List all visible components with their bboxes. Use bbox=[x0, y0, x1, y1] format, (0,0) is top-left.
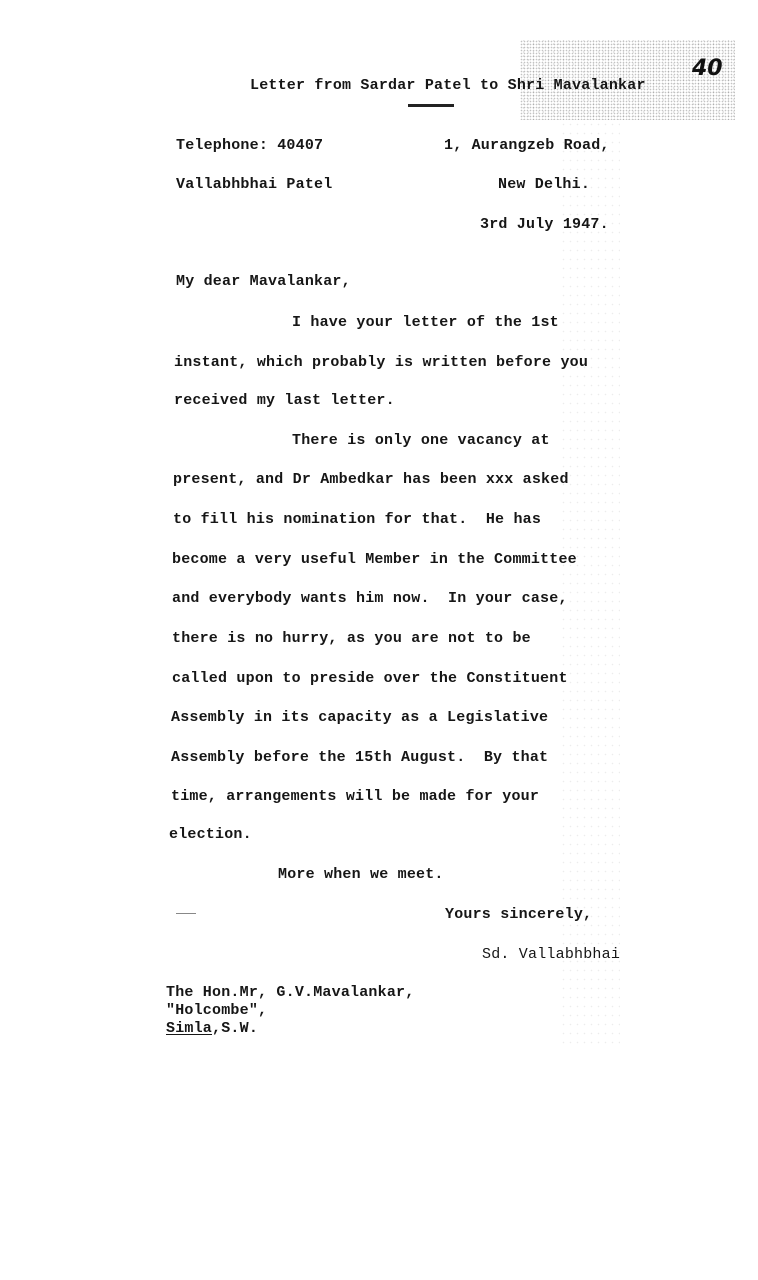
body-line: present, and Dr Ambedkar has been xxx as… bbox=[173, 472, 569, 487]
body-line: time, arrangements will be made for your bbox=[171, 789, 539, 804]
address-line-2: New Delhi. bbox=[498, 177, 590, 192]
address-line-1: 1, Aurangzeb Road, bbox=[444, 138, 610, 153]
body-line: I have your letter of the 1st bbox=[292, 315, 559, 330]
body-line: received my last letter. bbox=[174, 393, 395, 408]
recipient-line-2: "Holcombe", bbox=[166, 1003, 267, 1018]
signature: Sd. Vallabhbhai bbox=[482, 947, 620, 962]
body-line: Assembly in its capacity as a Legislativ… bbox=[171, 710, 548, 725]
body-line: called upon to preside over the Constitu… bbox=[172, 671, 568, 686]
closing-remark: More when we meet. bbox=[278, 867, 444, 882]
sender-name: Vallabhbhai Patel bbox=[176, 177, 332, 192]
scan-mark bbox=[176, 913, 196, 914]
title-underline bbox=[408, 104, 454, 107]
body-line: there is no hurry, as you are not to be bbox=[172, 631, 531, 646]
body-line: to fill his nomination for that. He has bbox=[173, 512, 541, 527]
recipient-region: ,S.W. bbox=[212, 1020, 258, 1037]
body-line: and everybody wants him now. In your cas… bbox=[172, 591, 568, 606]
recipient-line-3: Simla,S.W. bbox=[166, 1021, 258, 1036]
body-line: There is only one vacancy at bbox=[292, 433, 550, 448]
closing: Yours sincerely, bbox=[445, 907, 592, 922]
body-line: instant, which probably is written befor… bbox=[174, 355, 588, 370]
body-line: Assembly before the 15th August. By that bbox=[171, 750, 548, 765]
salutation: My dear Mavalankar, bbox=[176, 274, 351, 289]
document-title: Letter from Sardar Patel to Shri Mavalan… bbox=[250, 78, 646, 93]
recipient-place: Simla bbox=[166, 1020, 212, 1037]
handwritten-page-number: 40 bbox=[692, 56, 723, 81]
telephone-line: Telephone: 40407 bbox=[176, 138, 323, 153]
body-line: election. bbox=[169, 827, 252, 842]
letter-date: 3rd July 1947. bbox=[480, 217, 609, 232]
scanned-letter-page: Letter from Sardar Patel to Shri Mavalan… bbox=[0, 0, 758, 1280]
recipient-line-1: The Hon.Mr, G.V.Mavalankar, bbox=[166, 985, 414, 1000]
body-line: become a very useful Member in the Commi… bbox=[172, 552, 577, 567]
